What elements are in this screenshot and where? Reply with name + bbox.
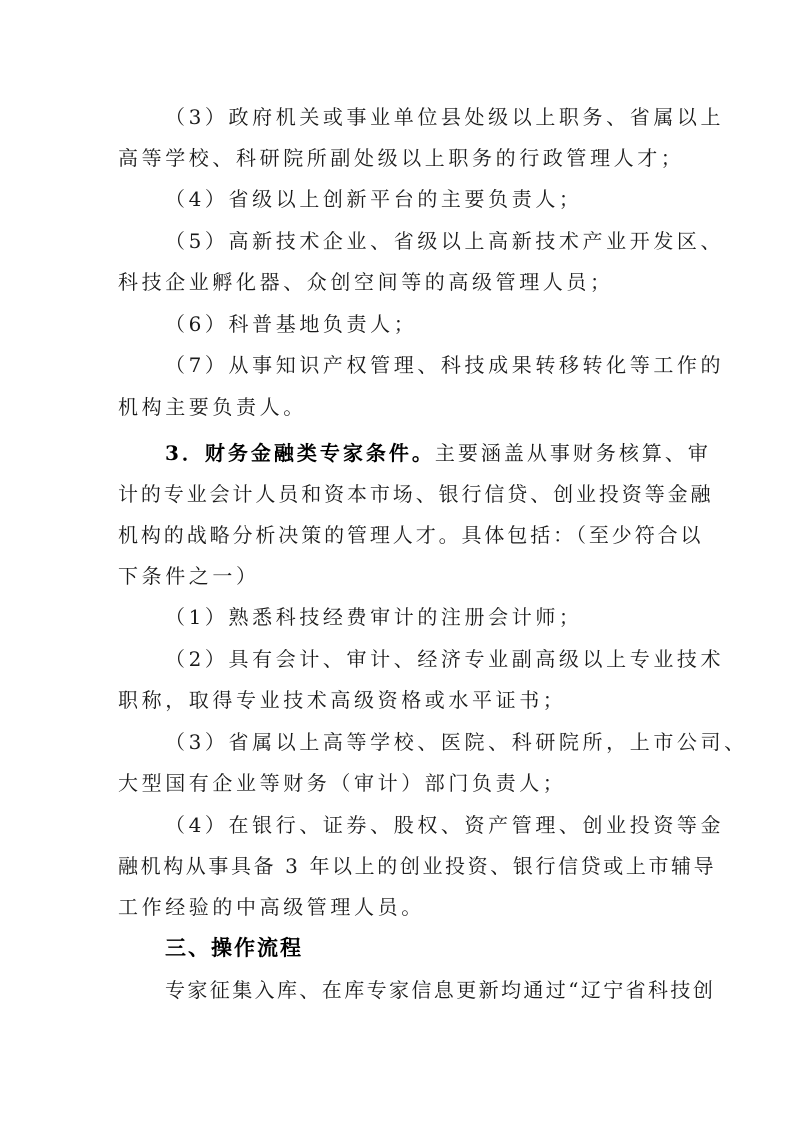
- text-line: 高等学校、科研院所副处级以上职务的行政管理人才；: [118, 143, 678, 173]
- text-line: 职称，取得专业技术高级资格或水平证书；: [118, 685, 678, 715]
- text-line: 大型国有企业等财务（审计）部门负责人；: [118, 768, 678, 798]
- text-line: （5）高新技术企业、省级以上高新技术产业开发区、: [165, 226, 725, 256]
- text-line: （3）政府机关或事业单位县处级以上职务、省属以上: [165, 102, 725, 132]
- section-paragraph-finance: 3．财务金融类专家条件。主要涵盖从事财务核算、审: [165, 438, 725, 468]
- text-line: 专家征集入库、在库专家信息更新均通过“辽宁省科技创: [165, 975, 725, 1005]
- text-line: 融机构从事具备 3 年以上的创业投资、银行信贷或上市辅导: [118, 851, 678, 881]
- text-line: 科技企业孵化器、众创空间等的高级管理人员；: [118, 267, 678, 297]
- section-subtitle-finance: 3．财务金融类专家条件。: [165, 441, 435, 465]
- text-line: 计的专业会计人员和资本市场、银行信贷、创业投资等金融: [118, 479, 678, 509]
- text-run: 主要涵盖从事财务核算、审: [435, 441, 711, 465]
- text-line: （4）在银行、证券、股权、资产管理、创业投资等金: [165, 810, 725, 840]
- text-line: （6）科普基地负责人；: [165, 309, 725, 339]
- text-line: 机构的战略分析决策的管理人才。具体包括：（至少符合以: [118, 520, 678, 550]
- text-line: （3）省属以上高等学校、医院、科研院所，上市公司、: [165, 727, 725, 757]
- text-line: 机构主要负责人。: [118, 392, 678, 422]
- text-line: （1）熟悉科技经费审计的注册会计师；: [165, 602, 725, 632]
- text-line: （4）省级以上创新平台的主要负责人；: [165, 184, 725, 214]
- document-page: （3）政府机关或事业单位县处级以上职务、省属以上 高等学校、科研院所副处级以上职…: [0, 0, 793, 1122]
- text-line: 下条件之一）: [118, 561, 678, 591]
- text-line: （2）具有会计、审计、经济专业副高级以上专业技术: [165, 644, 725, 674]
- text-line: （7）从事知识产权管理、科技成果转移转化等工作的: [165, 350, 725, 380]
- section-heading-operation-process: 三、操作流程: [165, 933, 725, 963]
- text-line: 工作经验的中高级管理人员。: [118, 892, 678, 922]
